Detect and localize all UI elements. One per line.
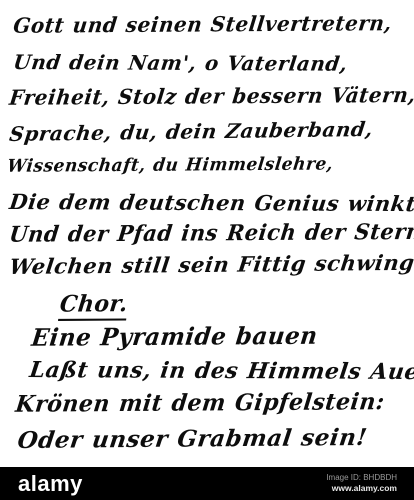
manuscript-line: Wissenschaft, du Himmelslehre, <box>6 154 334 177</box>
alamy-logo: alamy <box>18 473 83 495</box>
alamy-url-text: www.alamy.com <box>326 483 397 494</box>
credit-block: Image ID: BHDBDH www.alamy.com <box>326 473 397 494</box>
manuscript-line: Und dein Nam', o Vaterland, <box>12 50 349 76</box>
watermark-bar: alamy Image ID: BHDBDH www.alamy.com <box>0 467 414 500</box>
manuscript-line: Gott und seinen Stellvertretern, <box>12 10 393 38</box>
manuscript-line: Sprache, du, dein Zauberband, <box>8 117 375 146</box>
manuscript-line: Und der Pfad ins Reich der Sterne, <box>8 218 414 247</box>
manuscript-line: Welchen still sein Fittig schwingt! <box>8 250 414 279</box>
stock-photo-preview: Gott und seinen Stellvertretern, Und dei… <box>0 0 414 500</box>
manuscript-photo: Gott und seinen Stellvertretern, Und dei… <box>0 0 414 467</box>
manuscript-line: Krönen mit dem Gipfelstein: <box>14 388 386 418</box>
manuscript-line: Die dem deutschen Genius winkt, <box>8 189 414 216</box>
manuscript-line: Oder unser Grabmal sein! <box>16 424 369 454</box>
chor-heading: Chor. <box>58 290 129 321</box>
manuscript-line: Eine Pyramide bauen <box>30 322 319 352</box>
manuscript-line: Freiheit, Stolz der bessern Vätern, <box>8 82 414 110</box>
manuscript-line: Laßt uns, in des Himmels Auen, <box>28 357 414 385</box>
image-id-text: Image ID: BHDBDH <box>326 473 397 483</box>
